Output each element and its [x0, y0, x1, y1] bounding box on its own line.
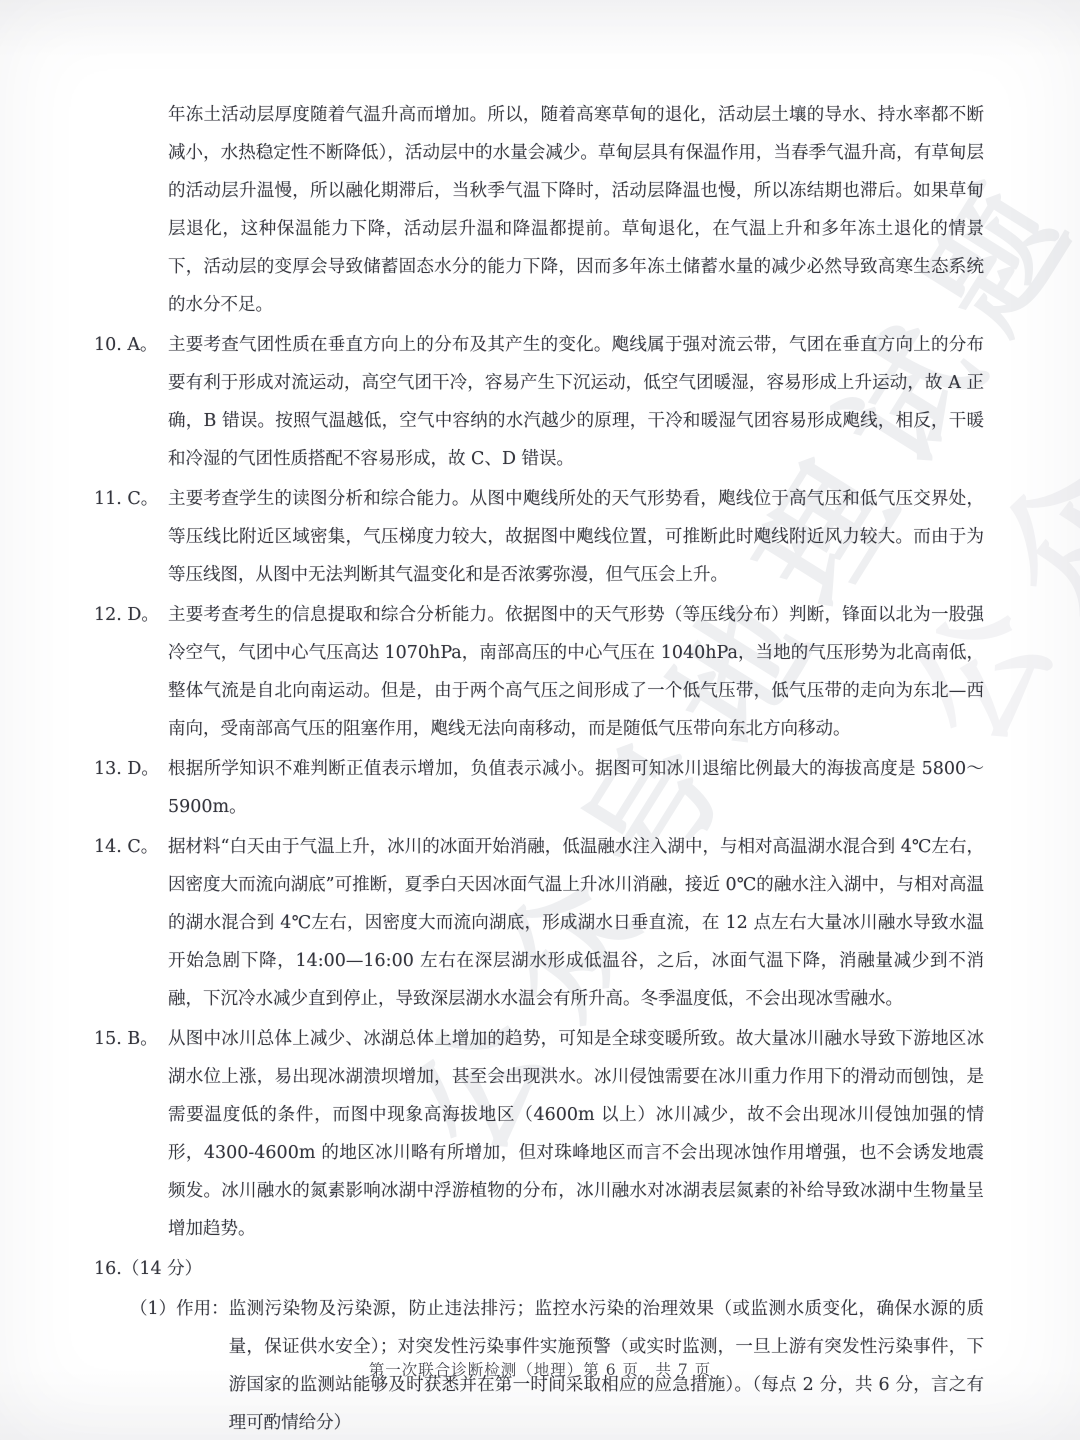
item-explanation: 主要考查气团性质在垂直方向上的分布及其产生的变化。飑线属于强对流云带，气团在垂直… [168, 326, 984, 478]
answer-item-11: 11. C。 主要考查学生的读图分析和综合能力。从图中飑线所处的天气形势看，飑线… [94, 480, 984, 594]
answer-item-16: 16.（14 分） （1）作用： 监测污染物及污染源，防止违法排污；监控水污染的… [94, 1250, 984, 1440]
item-number: 14. C。 [94, 828, 168, 1018]
page-footer: 第一次联合诊断检测（地理）第 6 页 共 7 页 [0, 1358, 1080, 1380]
item-explanation: 据材料“白天由于气温上升，冰川的冰面开始消融，低温融水注入湖中，与相对高温湖水混… [168, 828, 984, 1018]
item-number: 15. B。 [94, 1020, 168, 1248]
item-number: 11. C。 [94, 480, 168, 594]
question-16-header: 16.（14 分） [94, 1250, 984, 1288]
answer-key-content: 年冻土活动层厚度随着气温升高而增加。所以，随着高寒草甸的退化，活动层土壤的导水、… [94, 96, 984, 1440]
answer-item-15: 15. B。 从图中冰川总体上减少、冰湖总体上增加的趋势，可知是全球变暖所致。故… [94, 1020, 984, 1248]
item-explanation: 根据所学知识不难判断正值表示增加，负值表示减小。据图可知冰川退缩比例最大的海拔高… [168, 750, 984, 826]
item-number: 10. A。 [94, 326, 168, 478]
item-explanation: 主要考查学生的读图分析和综合能力。从图中飑线所处的天气形势看，飑线位于高气压和低… [168, 480, 984, 594]
intro-continuation-paragraph: 年冻土活动层厚度随着气温升高而增加。所以，随着高寒草甸的退化，活动层土壤的导水、… [168, 96, 984, 324]
answer-item-10: 10. A。 主要考查气团性质在垂直方向上的分布及其产生的变化。飑线属于强对流云… [94, 326, 984, 478]
item-explanation: 主要考查考生的信息提取和综合分析能力。依据图中的天气形势（等压线分布）判断，锋面… [168, 596, 984, 748]
answer-item-14: 14. C。 据材料“白天由于气温上升，冰川的冰面开始消融，低温融水注入湖中，与… [94, 828, 984, 1018]
item-number: 12. D。 [94, 596, 168, 748]
answer-item-12: 12. D。 主要考查考生的信息提取和综合分析能力。依据图中的天气形势（等压线分… [94, 596, 984, 748]
scanned-answer-sheet-page: 公众号地理试题 公众号地理试题 年冻土活动层厚度随着气温升高而增加。所以，随着高… [0, 0, 1080, 1440]
item-explanation: 从图中冰川总体上减少、冰湖总体上增加的趋势，可知是全球变暖所致。故大量冰川融水导… [168, 1020, 984, 1248]
answer-item-13: 13. D。 根据所学知识不难判断正值表示增加，负值表示减小。据图可知冰川退缩比… [94, 750, 984, 826]
item-number: 13. D。 [94, 750, 168, 826]
